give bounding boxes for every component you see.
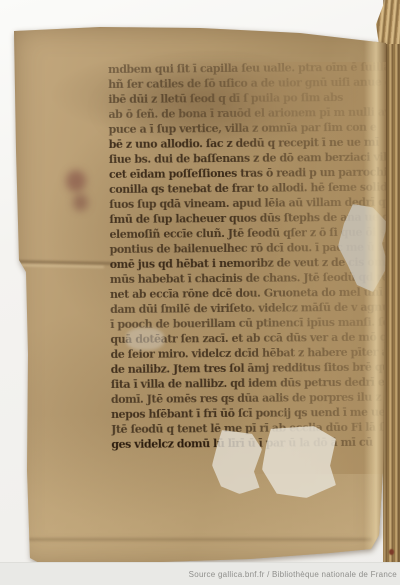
tissue-repair-patch-right: [262, 426, 336, 498]
small-repair-patch: [126, 328, 164, 350]
red-stain-upper: [66, 170, 86, 192]
footer-credit-bar: Source gallica.bnf.fr / Bibliothèque nat…: [0, 562, 400, 585]
manuscript-line: Jtē ſeodū q tenet lē me pī rī ab ecclia …: [111, 420, 395, 437]
red-stain-lower: [73, 194, 88, 211]
parchment-page: mdbem qui ſit ī capilla ſeu ualle. ptra …: [12, 24, 386, 566]
page-curl-highlight: [364, 24, 386, 566]
fold-crease-bottom: [22, 538, 372, 541]
source-credit: Source gallica.bnf.fr / Bibliothèque nat…: [189, 570, 400, 579]
parchment-page-wrapper: mdbem qui ſit ī capilla ſeu ualle. ptra …: [0, 0, 400, 585]
manuscript-photo: mdbem qui ſit ī capilla ſeu ualle. ptra …: [0, 0, 400, 585]
